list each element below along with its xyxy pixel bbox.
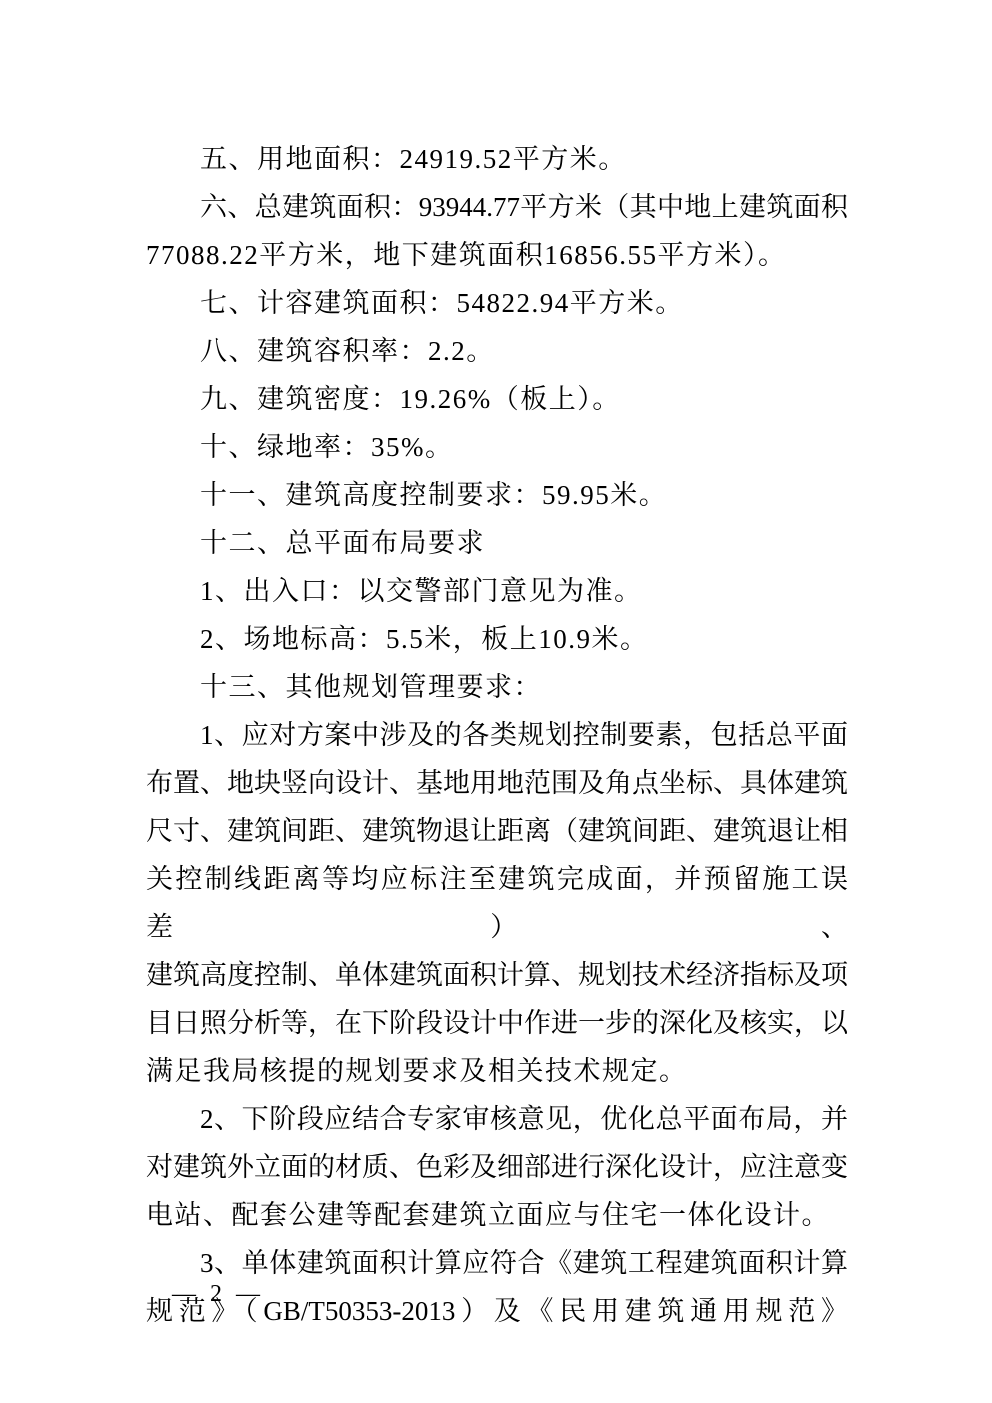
text-line: 对建筑外立面的材质、色彩及细部进行深化设计，应注意变 <box>146 1143 848 1191</box>
text-line: 77088.22平方米，地下建筑面积16856.55平方米）。 <box>146 231 848 279</box>
text-line: 七、计容建筑面积：54822.94平方米。 <box>146 279 848 327</box>
text-line: 布置、地块竖向设计、基地用地范围及角点坐标、具体建筑 <box>146 759 848 807</box>
text-line: 十二、总平面布局要求 <box>146 519 848 567</box>
text-line: 建筑高度控制、单体建筑面积计算、规划技术经济指标及项 <box>146 951 848 999</box>
text-line: 关控制线距离等均应标注至建筑完成面，并预留施工误差）、 <box>146 855 848 951</box>
text-line: 五、用地面积：24919.52平方米。 <box>146 135 848 183</box>
text-line: 电站、配套公建等配套建筑立面应与住宅一体化设计。 <box>146 1191 848 1239</box>
page-number: — 2 — <box>172 1276 264 1312</box>
text-line: 十、绿地率：35%。 <box>146 423 848 471</box>
text-line: 尺寸、建筑间距、建筑物退让距离（建筑间距、建筑退让相 <box>146 807 848 855</box>
text-line: 目日照分析等，在下阶段设计中作进一步的深化及核实，以 <box>146 999 848 1047</box>
page-content: 五、用地面积：24919.52平方米。 六、总建筑面积：93944.77平方米（… <box>146 135 848 1335</box>
text-line: 十一、建筑高度控制要求：59.95米。 <box>146 471 848 519</box>
text-line: 十三、其他规划管理要求： <box>146 663 848 711</box>
text-line: 1、出入口：以交警部门意见为准。 <box>146 567 848 615</box>
document-page: 五、用地面积：24919.52平方米。 六、总建筑面积：93944.77平方米（… <box>0 0 992 1403</box>
text-line: 1、应对方案中涉及的各类规划控制要素，包括总平面 <box>146 711 848 759</box>
text-line: 八、建筑容积率：2.2。 <box>146 327 848 375</box>
text-line: 2、下阶段应结合专家审核意见，优化总平面布局，并 <box>146 1095 848 1143</box>
text-line: 满足我局核提的规划要求及相关技术规定。 <box>146 1047 848 1095</box>
text-line: 九、建筑密度：19.26%（板上）。 <box>146 375 848 423</box>
text-line: 六、总建筑面积：93944.77平方米（其中地上建筑面积 <box>146 183 848 231</box>
text-line: 2、场地标高：5.5米，板上10.9米。 <box>146 615 848 663</box>
